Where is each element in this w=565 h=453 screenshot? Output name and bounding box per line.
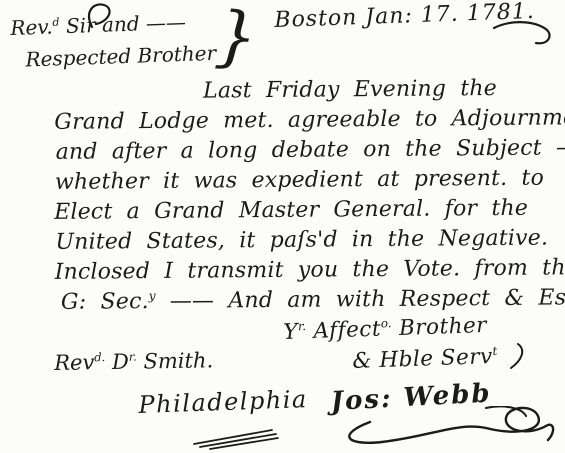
servant-hook-flourish bbox=[508, 342, 534, 372]
letter-page: Rev.d Sir and —— Respected Brother } Bos… bbox=[0, 0, 565, 453]
body-line-2: Grand Lodge met. agreeable to Adjournmen… bbox=[54, 105, 565, 140]
closing-text: Y bbox=[283, 319, 299, 344]
closing-superscript-t: t bbox=[492, 344, 497, 358]
closing-line-2: & Hble Servt bbox=[352, 344, 498, 374]
place-underline-flourish bbox=[190, 426, 286, 450]
body-line-8: G: Sec.y —— And am with Respect & Esteem bbox=[61, 285, 565, 320]
body-line-7: Inclosed I transmit you the Vote. from t… bbox=[55, 255, 565, 290]
salutation-brace: } bbox=[213, 1, 260, 73]
dateline-flourish bbox=[492, 18, 556, 50]
closing-line-1: Yr. Affecto. Brother bbox=[283, 313, 487, 345]
body-line-5: Elect a Grand Master General. for the bbox=[54, 195, 565, 230]
addressee-superscript-d: d. bbox=[94, 350, 105, 364]
closing-text-brother: Brother bbox=[391, 313, 487, 341]
body-line-4: whether it was expedient at present. to bbox=[55, 165, 565, 200]
place-line: Philadelphia bbox=[138, 385, 308, 419]
salutation-block: Rev.d Sir and —— Respected Brother bbox=[10, 9, 216, 72]
body-line-8-rest: —— And am with Respect & Esteem bbox=[155, 285, 565, 314]
closing-servant-text: & Hble Serv bbox=[352, 344, 493, 374]
salutation-text-rest: Sir and —— bbox=[59, 10, 186, 38]
addressee-line: Revd. Dr. Smith. bbox=[54, 348, 213, 375]
salutation-text: Rev. bbox=[10, 15, 53, 40]
signature-flourish bbox=[336, 406, 562, 452]
salutation-line-2: Respected Brother bbox=[25, 41, 216, 72]
addressee-superscript-r: r. bbox=[129, 350, 137, 364]
letter-body: Last Friday Evening the Grand Lodge met.… bbox=[40, 75, 565, 320]
grand-secretary-abbrev: G: Sec. bbox=[61, 289, 149, 315]
closing-text-affect: Affect bbox=[306, 317, 382, 345]
addressee-rev: Rev bbox=[54, 350, 95, 375]
body-line-6: United States, it paſs'd in the Negative… bbox=[55, 225, 565, 260]
body-line-3: and after a long debate on the Subject — bbox=[56, 135, 565, 170]
body-line-1: Last Friday Evening the bbox=[203, 75, 565, 109]
addressee-doctor: D bbox=[105, 350, 129, 374]
salutation-line-1: Rev.d Sir and —— bbox=[10, 9, 215, 40]
addressee-name: Smith. bbox=[137, 348, 214, 373]
